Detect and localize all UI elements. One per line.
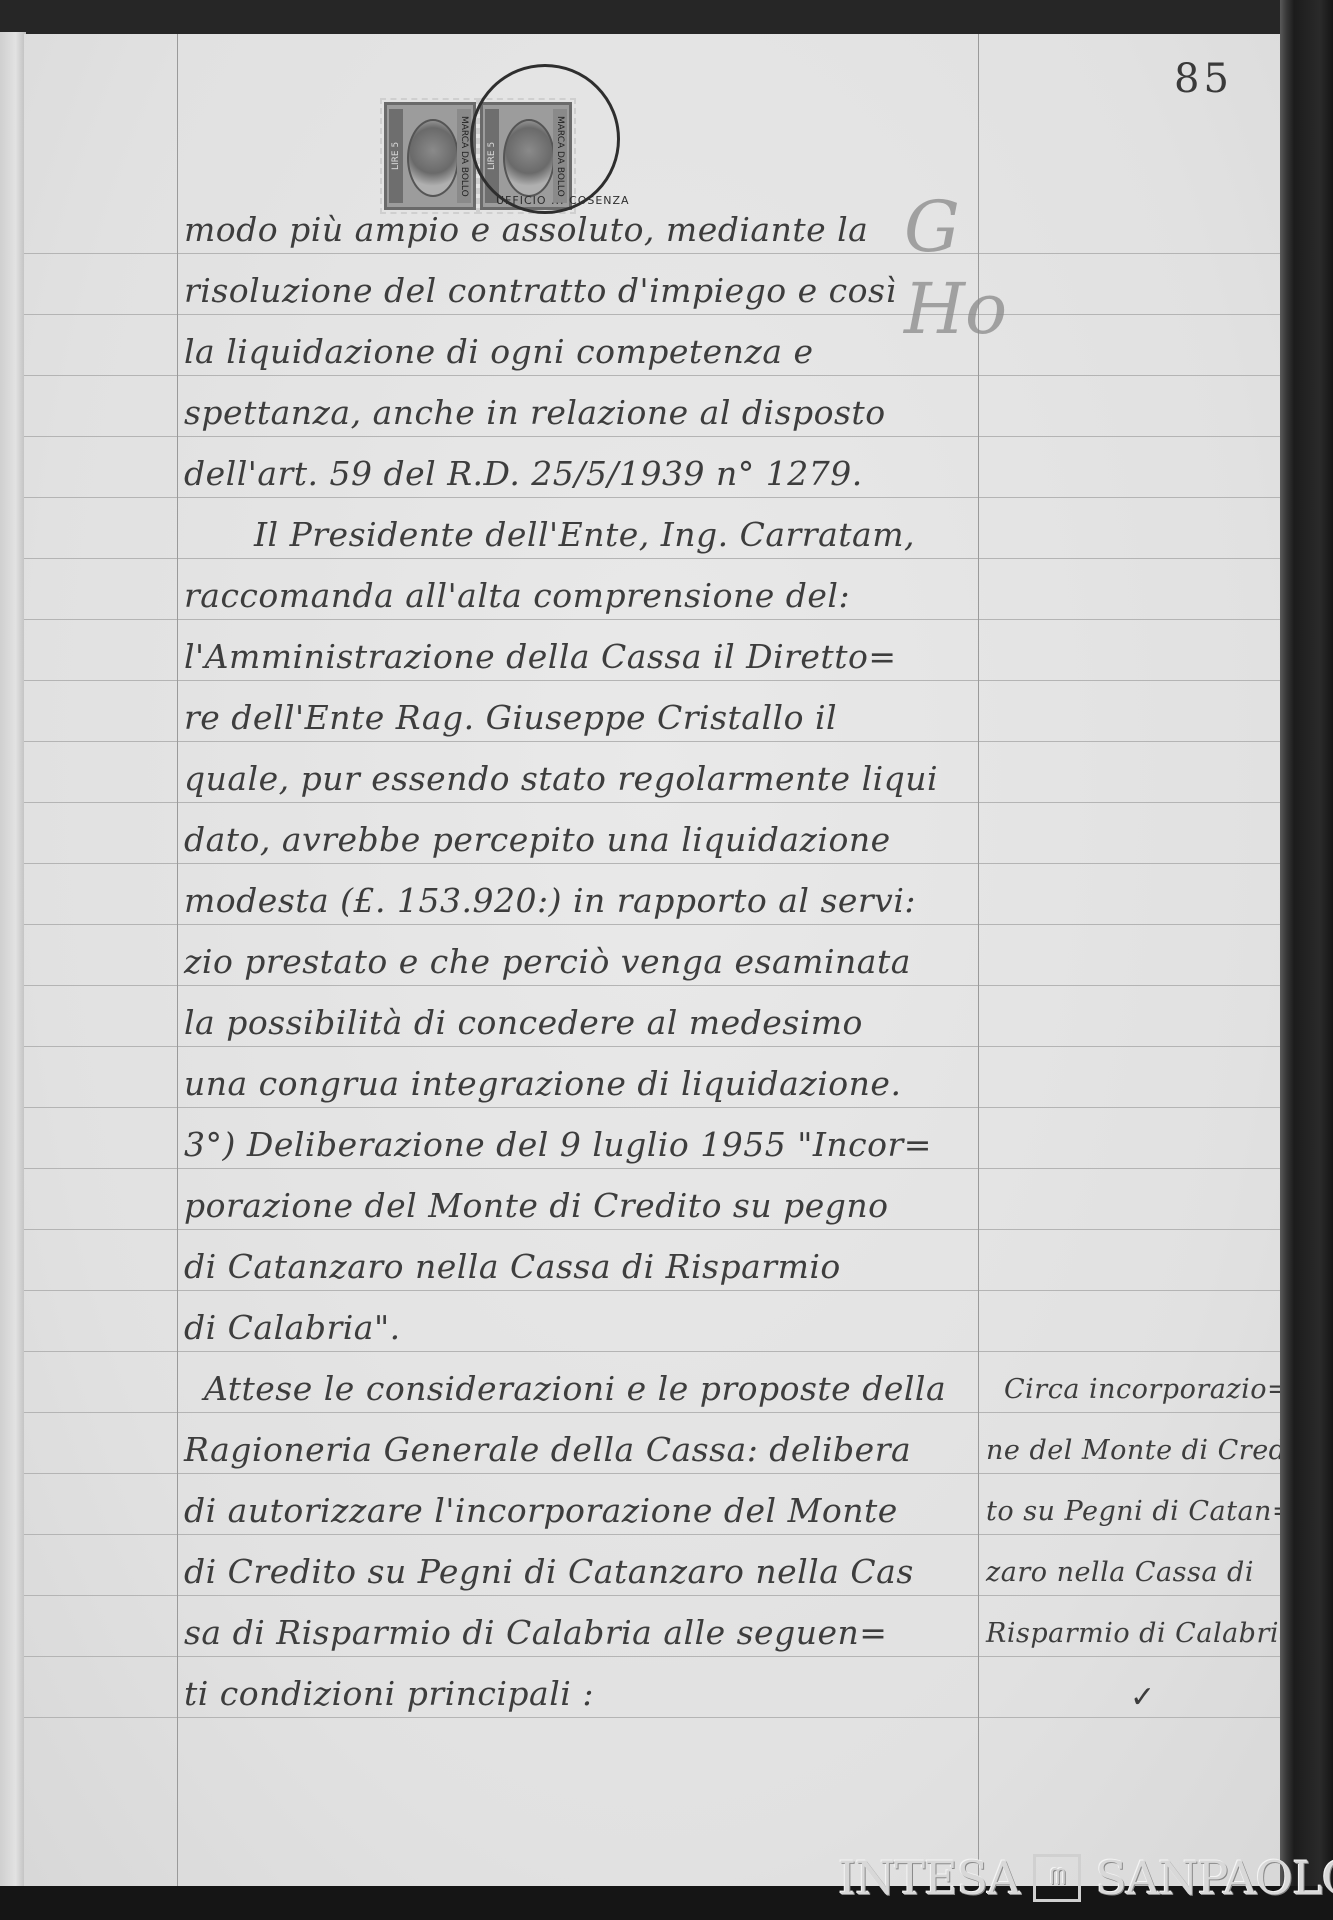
book-binding-top (0, 0, 1333, 36)
ruled-line (24, 680, 1280, 681)
postmark-text: UFFICIO ... COSENZA (496, 194, 630, 207)
body-line: di Catanzaro nella Cassa di Risparmio (184, 1247, 841, 1286)
body-line: una congrua integrazione di liquidazione… (184, 1064, 901, 1103)
margin-note-line: Risparmio di Calabria. (986, 1618, 1305, 1649)
body-line: la liquidazione di ogni competenza e (184, 332, 814, 371)
ruled-line (24, 802, 1280, 803)
ruled-line (24, 497, 1280, 498)
margin-note-line: to su Pegni di Catan= (986, 1496, 1295, 1527)
body-line: 3°) Deliberazione del 9 luglio 1955 "Inc… (184, 1125, 932, 1164)
watermark-left-text: INTESA (838, 1852, 1019, 1904)
ruled-line (24, 741, 1280, 742)
bank-logo-icon: ᗰ (1033, 1854, 1081, 1902)
body-line: risoluzione del contratto d'impiego e co… (184, 271, 897, 310)
ruled-line (24, 1351, 1280, 1352)
book-binding-right (1280, 0, 1333, 1920)
body-line: raccomanda all'alta comprensione del: (184, 576, 850, 615)
body-line: ti condizioni principali : (184, 1674, 594, 1713)
ruled-line (24, 1229, 1280, 1230)
postmark-circle (470, 64, 620, 214)
ruled-line (24, 375, 1280, 376)
body-line: re dell'Ente Rag. Giuseppe Cristallo il (184, 698, 837, 737)
stamp-denomination: LIRE 5 (389, 109, 403, 203)
stamp-side-label: MARCA DA BOLLO (457, 109, 471, 203)
ruled-line (24, 1717, 1280, 1718)
body-line: di Credito su Pegni di Catanzaro nella C… (184, 1552, 914, 1591)
ruled-line (24, 1290, 1280, 1291)
ledger-page: 85 LIRE 5 MARCA DA BOLLO LIRE 5 MARCA DA… (24, 34, 1280, 1886)
ruled-line (24, 1534, 1280, 1535)
left-margin-line (177, 34, 178, 1886)
body-line: la possibilità di concedere al medesimo (184, 1003, 863, 1042)
body-line: dell'art. 59 del R.D. 25/5/1939 n° 1279. (184, 454, 863, 493)
ruled-line (24, 924, 1280, 925)
ruled-line (24, 1656, 1280, 1657)
ruled-line (24, 1412, 1280, 1413)
page-number: 85 (1174, 56, 1233, 102)
body-line: dato, avrebbe percepito una liquidazione (184, 820, 891, 859)
revenue-stamp: LIRE 5 MARCA DA BOLLO (384, 102, 476, 210)
ruled-line (24, 1595, 1280, 1596)
body-line: modesta (£. 153.920:) in rapporto al ser… (184, 881, 916, 920)
body-line: sa di Risparmio di Calabria alle seguen= (184, 1613, 887, 1652)
body-line: di autorizzare l'incorporazione del Mont… (184, 1491, 898, 1530)
stamp-portrait-icon (407, 119, 459, 197)
ruled-line (24, 863, 1280, 864)
intesa-sanpaolo-watermark: INTESA ᗰ SANPAOLO (838, 1852, 1333, 1904)
body-line: di Calabria". (184, 1308, 401, 1347)
body-line: l'Amministrazione della Cassa il Diretto… (184, 637, 896, 676)
ruled-line (24, 985, 1280, 986)
ruled-line (24, 436, 1280, 437)
margin-note-line: ne del Monte di Credi= (986, 1435, 1319, 1466)
ruled-line (24, 253, 1280, 254)
ruled-line (24, 314, 1280, 315)
margin-note-line: Circa incorporazio= (1004, 1374, 1290, 1405)
previous-page-edge (0, 32, 26, 1888)
margin-note-line: zaro nella Cassa di (986, 1557, 1254, 1588)
ruled-line (24, 1107, 1280, 1108)
body-line: Il Presidente dell'Ente, Ing. Carratam, (254, 515, 915, 554)
body-line: modo più ampio e assoluto, mediante la (184, 210, 868, 249)
margin-initials: G Ho (904, 186, 1074, 306)
body-line: Attese le considerazioni e le proposte d… (204, 1369, 946, 1408)
ruled-line (24, 619, 1280, 620)
ruled-line (24, 558, 1280, 559)
ruled-line (24, 1473, 1280, 1474)
body-line: spettanza, anche in relazione al dispost… (184, 393, 886, 432)
body-line: Ragioneria Generale della Cassa: deliber… (184, 1430, 911, 1469)
watermark-right-text: SANPAOLO (1095, 1852, 1333, 1904)
ruled-line (24, 1046, 1280, 1047)
body-line: zio prestato e che perciò venga esaminat… (184, 942, 911, 981)
body-line: porazione del Monte di Credito su pegno (184, 1186, 889, 1225)
body-line: quale, pur essendo stato regolarmente li… (184, 759, 938, 798)
checkmark-icon: ✓ (1130, 1680, 1155, 1715)
revenue-stamps: LIRE 5 MARCA DA BOLLO LIRE 5 MARCA DA BO… (384, 64, 644, 204)
ruled-line (24, 1168, 1280, 1169)
